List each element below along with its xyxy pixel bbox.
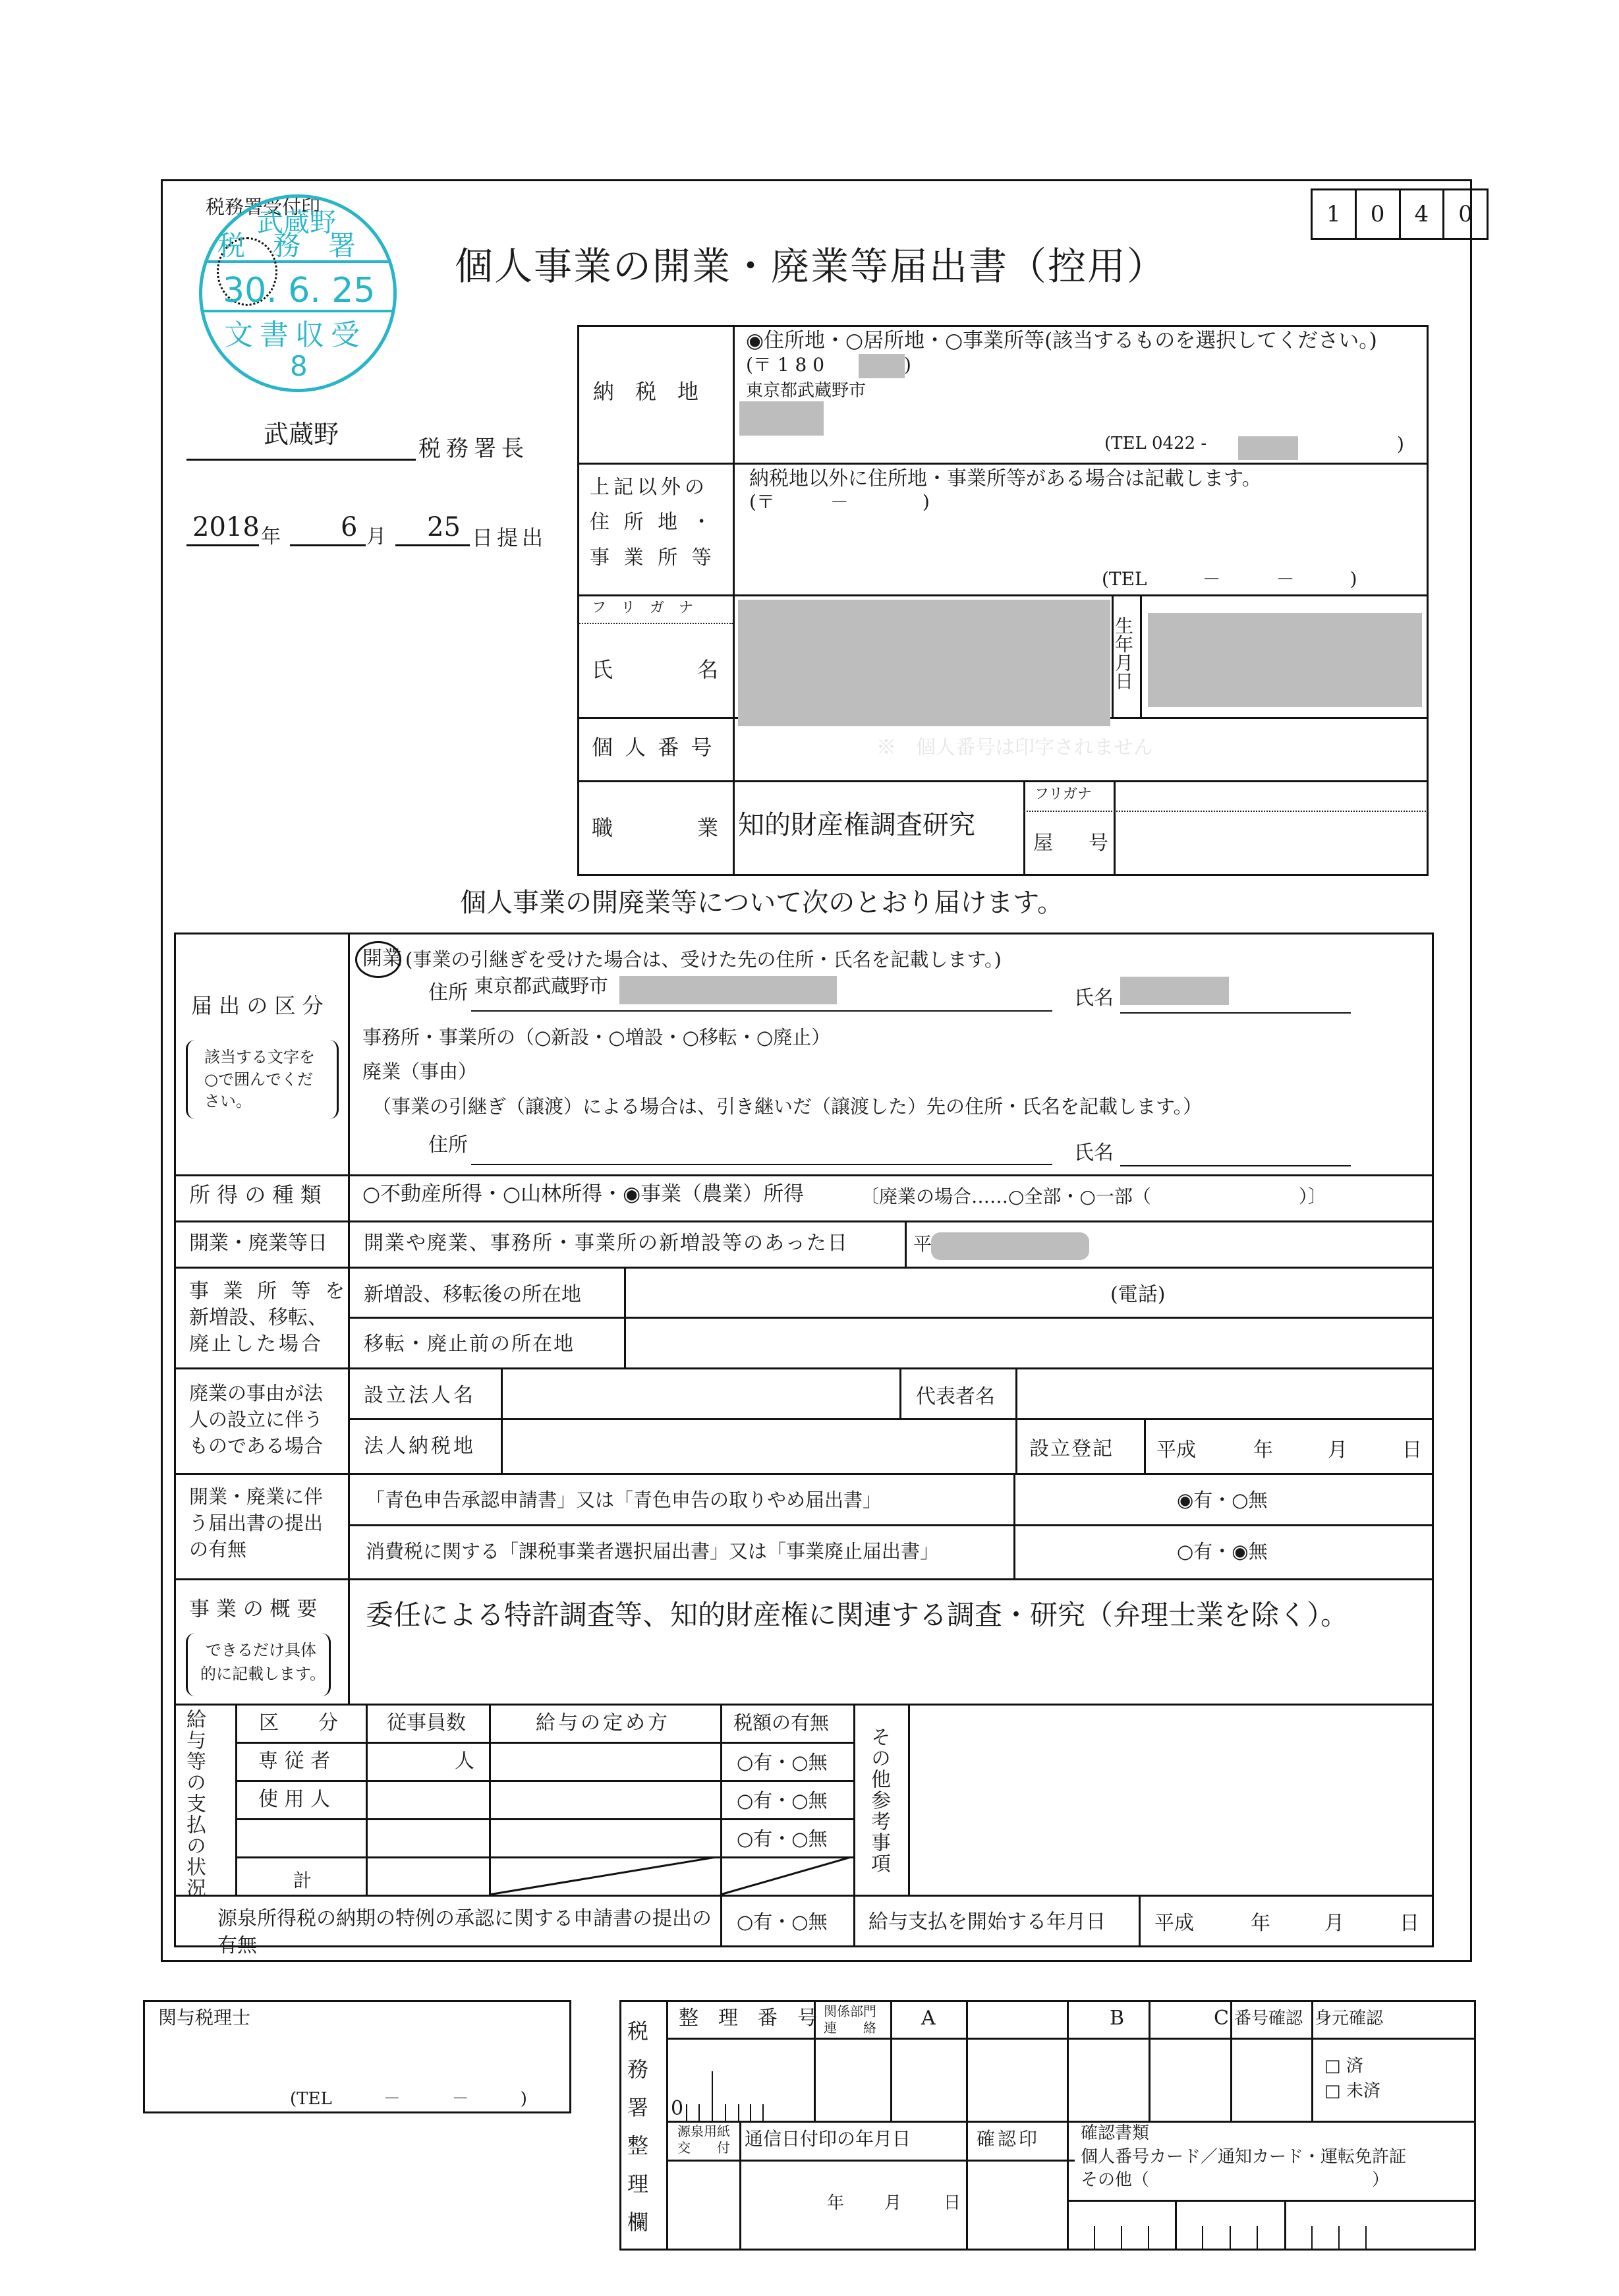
tax-accountant-label: 関与税理士 [158,2009,250,2027]
pay-start-month: 月 [1324,1914,1344,1934]
form-code-digit: 1 [1313,190,1357,238]
tax-office-underline [186,459,416,461]
redacted-tel [1238,436,1298,460]
redacted-start-date [931,1232,1089,1260]
payroll-col [853,1704,855,1947]
office-number-prefix: 0 [671,2099,683,2119]
bottom-tick [1338,2226,1340,2251]
bottom-tick [1121,2226,1122,2251]
payroll-col [366,1704,368,1895]
payroll-total-label: 計 [293,1872,312,1890]
payroll-col [720,1704,722,1947]
redacted-address [739,401,824,436]
representative-divider [899,1367,901,1418]
payroll-row-category: 使 用 人 [258,1790,330,1810]
submit-month-underline [290,544,366,546]
registration-label: 設立登記 [1029,1439,1114,1459]
office-change-options[interactable]: 事務所・事業所の（○新設・○増設・○移転・○廃止） [362,1028,830,1047]
pay-start-year: 年 [1251,1914,1270,1934]
bottom-tick [1148,2226,1149,2251]
bottom-tick [1094,2226,1095,2251]
stamp-number: 8 [290,353,308,380]
submit-day-unit: 日提出 [472,527,547,548]
payroll-row-count[interactable]: 人 [455,1752,474,1771]
payroll-header-method: 給与の定め方 [536,1713,670,1733]
closing-name-underline [1120,1165,1351,1166]
taxpayer-label-divider [733,325,735,876]
office-col [1284,2200,1286,2251]
office-location-label-2: 新増設、移転、 [189,1308,327,1328]
office-col [739,2121,741,2251]
row-divider [174,1267,1434,1269]
payroll-side-label: 給与等の支払の状況 [184,1709,204,1899]
old-location-label: 移転・廃止前の所在地 [364,1335,575,1354]
other-reference-label: その他参考事項 [868,1727,888,1874]
related-filings-label-1: 開業・廃業に伴 [189,1487,323,1507]
form-code-digit: 0 [1357,190,1401,238]
income-type-options[interactable]: ○不動産所得・○山林所得・◉事業（農業）所得 [362,1184,804,1205]
identity-option-done[interactable]: □ 済 [1324,2057,1363,2075]
corp-tax-location-label: 法人納税地 [364,1437,476,1456]
office-header-c: C [1214,2009,1229,2028]
office-col [1175,2200,1177,2251]
payroll-row-tax[interactable]: ○有・○無 [737,1791,828,1810]
registration-month: 月 [1328,1441,1348,1460]
payroll-row [235,1742,853,1744]
office-col [1067,2000,1069,2251]
row-divider [348,1317,1434,1319]
other-address-label-1: 上記以外の [590,478,708,498]
birth-label: 生年月日 [1114,616,1132,690]
redacted-postal [859,354,905,378]
number-tick [738,2104,739,2121]
office-header-number-check: 番号確認 [1234,2010,1303,2027]
stamp-line4: 文書収受 [224,321,366,350]
opening-address-underline [471,1010,1052,1012]
row-divider [348,1524,1434,1526]
payroll-col [908,1704,910,1895]
filing-category-note: 該当する文字を○で囲んでください。 [204,1047,323,1113]
row-divider [174,1895,1434,1897]
withholding-choice[interactable]: ○有・○無 [737,1912,828,1932]
row-divider [348,1418,1434,1420]
consumption-tax-choice[interactable]: ○有・◉無 [1177,1542,1268,1561]
submit-month-unit: 月 [366,527,386,547]
redacted-opening-name [1120,977,1229,1005]
comm-date-year: 年 [827,2195,844,2212]
bottom-tick [1257,2226,1258,2251]
birth-divider [1140,594,1142,717]
business-summary-value[interactable]: 委任による特許調査等、知的財産権に関連する調査・研究（弁理士業を除く）。 [366,1601,1348,1629]
submit-day-underline [395,544,470,546]
bottom-tick [1365,2226,1367,2251]
trade-divider [1114,780,1116,876]
occupation-label: 職 業 [592,817,718,838]
number-tick [725,2104,726,2121]
start-date-label: 開業・廃業等日 [189,1234,327,1253]
bottom-tick [1202,2226,1203,2251]
payroll-header-tax: 税額の有無 [733,1713,829,1733]
tax-office-suffix: 税務署長 [418,438,529,460]
other-address-label-2: 住 所 地 ・ [590,513,716,532]
registration-divider [1144,1418,1146,1473]
payroll-col [235,1704,237,1895]
office-row [666,2121,1476,2123]
bottom-tick [1311,2226,1313,2251]
trade-name-furigana-label: フリガナ [1035,788,1092,802]
related-filings-label-3: の有無 [189,1540,246,1559]
office-header-number: 整 理 番 号 [679,2009,817,2028]
trade-divider [1023,780,1025,876]
number-tick [712,2071,713,2121]
corp-name-label: 設立法人名 [364,1386,476,1406]
furigana-divider [577,623,733,624]
payroll-header-category: 区 分 [259,1713,338,1733]
office-location-label-3: 廃止した場合 [189,1335,324,1354]
tax-office-name: 武蔵野 [264,422,339,447]
row-divider [577,594,1429,596]
bottom-tick [1230,2226,1231,2251]
new-location-label: 新増設、移転後の所在地 [364,1285,581,1305]
new-location-phone-label: (電話) [1110,1285,1165,1305]
office-header-identity-check: 身元確認 [1315,2010,1383,2027]
payroll-header-count: 従事員数 [387,1713,466,1733]
form-code-digit: 4 [1401,190,1445,238]
furigana-label: フ リ ガ ナ [592,601,693,616]
row-divider [174,1220,1434,1222]
closing-address-label: 住所 [428,1135,468,1155]
office-location-label-1: 事 業 所 等 を [189,1282,349,1302]
office-row [666,2038,1476,2040]
postal-close: ) [904,356,911,374]
incorporation-label-1: 廃業の事由が法 [189,1384,323,1403]
tax-location-type: ◉住所地・○居所地・○事業所等(該当するものを選択してください。) [746,331,1377,351]
pay-start-divider [1139,1895,1141,1947]
comm-date-label: 通信日付印の年月日 [745,2130,911,2148]
doc-types-title: 確認書類 [1081,2125,1149,2142]
registration-era: 平成 [1156,1441,1196,1460]
business-summary-label: 事 業 の 概 要 [189,1599,317,1620]
occupation-value[interactable]: 知的財産権調査研究 [738,812,975,838]
office-use-side-label: 税務署整理欄 [626,2020,647,2249]
closing-option[interactable]: 廃業（事由） [362,1062,477,1081]
submit-day: 25 [427,514,461,540]
payroll-row-tax[interactable]: ○有・○無 [737,1829,828,1849]
number-tick [762,2104,764,2121]
submit-month: 6 [341,514,357,540]
income-type-label: 所 得 の 種 類 [189,1184,322,1205]
confirm-seal-label: 確認印 [977,2130,1040,2148]
declaration-heading: 個人事業の開廃業等について次のとおり届けます。 [460,890,1064,916]
office-row [1067,2200,1476,2202]
pay-start-era: 平成 [1154,1914,1194,1934]
row-divider [577,463,1429,465]
number-tick [698,2104,700,2121]
source-paper-label: 源泉用紙交 付 [677,2123,733,2156]
payroll-row-tax[interactable]: ○有・○無 [737,1753,828,1772]
consumption-tax-filing: 消費税に関する「課税事業者選択届出書」又は「事業廃止届出書」 [366,1542,939,1561]
trade-name-label: 屋 号 [1033,834,1116,853]
row-divider [174,1367,1434,1369]
name-label: 氏 名 [592,659,718,680]
office-col [1311,2000,1313,2121]
opening-address-label: 住所 [428,983,468,1003]
representative-label: 代表者名 [916,1387,995,1407]
redacted-name [738,600,1110,726]
business-note-2: 的に記載します。 [200,1666,326,1682]
corp-name-divider [501,1367,503,1473]
other-tel: (TEL － － ) [1102,570,1357,588]
closing-note: （事業の引継ぎ（譲渡）による場合は、引き継いだ（譲渡した）先の住所・氏名を記載し… [372,1097,1202,1116]
office-header-dept: 関係部門連 絡 [824,2003,883,2036]
pay-start-day: 日 [1400,1914,1419,1934]
office-header-a: A [921,2009,936,2028]
closing-name-label: 氏名 [1074,1143,1114,1163]
payroll-row-category: 専 従 者 [258,1752,330,1771]
related-filings-label-2: う届出書の提出 [189,1514,323,1533]
tax-location-label: 納 税 地 [593,381,698,402]
my-number-note: ※ 個人番号は印字されません [876,738,1153,758]
start-date-description: 開業や廃業、事務所・事業所の新増設等のあった日 [364,1234,849,1253]
tel-suffix: ) [1397,435,1404,453]
office-col [1230,2000,1232,2121]
start-date-divider [905,1220,907,1267]
comm-date-day: 日 [944,2195,961,2212]
business-note-1: できるだけ具体 [206,1642,316,1658]
incorporation-label-2: 人の設立に伴う [189,1410,323,1429]
blue-return-choice[interactable]: ◉有・○無 [1177,1491,1268,1510]
other-postal: (〒 － ) [749,493,930,511]
opening-name-underline [1120,1012,1351,1014]
my-number-label: 個 人 番 号 [592,737,715,758]
stamp-date: 30. 6. 25 [223,273,376,308]
payroll-total-diagonals [489,1856,855,1896]
payroll-row [235,1818,853,1820]
stamp-line2: 税 務 署 [217,232,356,260]
redacted-opening-address [619,976,837,1004]
address-line: 東京都武蔵野市 [746,382,866,399]
withholding-label: 源泉所得税の納期の特例の承認に関する申請書の提出の有無 [217,1906,718,1959]
submit-year-underline [186,544,259,546]
incorporation-label-3: ものである場合 [189,1437,323,1456]
office-col [890,2000,892,2121]
submit-year-unit: 年 [261,527,281,547]
row-divider [174,1174,1434,1176]
opening-circle-mark [355,941,401,978]
row-divider [174,1473,1434,1475]
page-title: 個人事業の開業・廃業等届出書（控用） [455,247,1166,285]
submit-year: 2018 [192,514,260,540]
number-tick [686,2104,687,2121]
office-row [666,2160,1075,2162]
identity-option-pending[interactable]: □ 未済 [1324,2082,1380,2100]
registration-day: 日 [1402,1441,1422,1460]
tax-accountant-tel: (TEL － － ) [290,2090,527,2108]
closing-address-underline [471,1164,1052,1165]
registration-year: 年 [1253,1441,1273,1460]
office-col [966,2000,968,2251]
form-code-box: 1 0 4 0 [1311,188,1489,240]
opening-note: (事業の引継ぎを受けた場合は、受けた先の住所・氏名を記載します。) [405,950,1002,969]
comm-date-month: 月 [884,2195,901,2212]
other-address-note: 納税地以外に住所地・事業所等がある場合は記載します。 [749,469,1262,489]
blue-return-filing: 「青色申告承認申請書」又は「青色申告の取りやめ届出書」 [366,1491,882,1510]
tel-prefix: (TEL 0422 - [1104,435,1207,452]
pay-start-label: 給与支払を開始する年月日 [868,1912,1106,1932]
doc-types-other: その他（ ） [1081,2171,1389,2189]
office-col [1149,2000,1150,2121]
other-address-label-3: 事 業 所 等 [590,548,716,568]
doc-types-line: 個人番号カード／通知カード・運転免許証 [1081,2148,1406,2166]
number-tick [750,2104,751,2121]
income-closing-part[interactable]: 〔廃業の場合……○全部・○一部（ ）〕 [861,1188,1326,1206]
opening-address-value[interactable]: 東京都武蔵野市 [474,977,608,996]
form-code-digit: 0 [1444,190,1487,238]
trade-furigana-divider [1023,811,1429,812]
filing-category-label: 届 出 の 区 分 [191,995,324,1016]
row-divider [174,1704,1434,1706]
row-divider [577,780,1429,782]
office-header-b: B [1110,2009,1124,2028]
representative-value-divider [1015,1367,1017,1473]
payroll-row [235,1780,853,1782]
opening-name-label: 氏名 [1074,989,1114,1008]
row-divider [174,1578,1434,1580]
postal-prefix: (〒 1 8 0 [746,356,824,374]
redacted-birthdate [1148,613,1422,707]
